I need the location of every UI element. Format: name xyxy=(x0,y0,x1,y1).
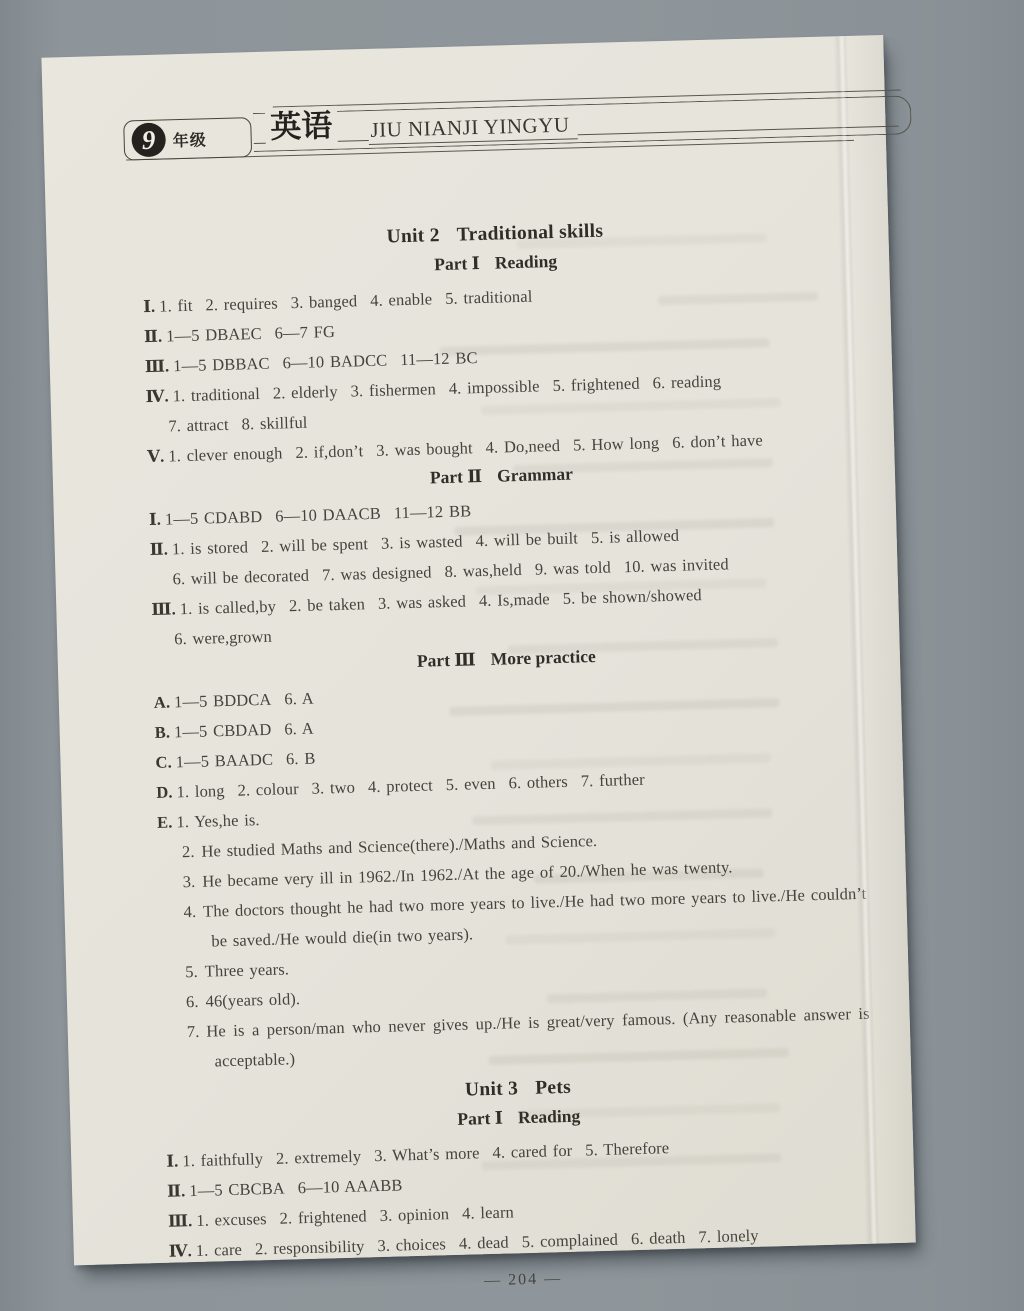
answer-text: Three years. xyxy=(205,959,290,980)
answer-item: 5. How long xyxy=(573,433,660,454)
answer-item: 4. Do,need xyxy=(485,436,560,457)
heading-number: Unit 2 xyxy=(386,225,440,247)
answer-text: He studied Maths and Science(there)./Mat… xyxy=(201,831,597,861)
answer-item: 4. will be built xyxy=(475,528,578,550)
answer-item: 6—10 AAABB xyxy=(298,1175,403,1197)
answer-item: 6. were,grown xyxy=(174,627,272,649)
subject-title: 英语 xyxy=(265,106,338,150)
answer-item: 1. long xyxy=(176,781,225,801)
answer-item: 1. traditional xyxy=(172,384,260,405)
page-number: — 204 — xyxy=(170,1262,877,1299)
heading-number: Part Ⅲ xyxy=(417,649,476,671)
section-label: D. xyxy=(156,782,173,801)
answer-item: 1—5 CDABD xyxy=(165,507,263,529)
answer-item: 5. be shown/showed xyxy=(562,585,702,608)
answer-content: Unit 2Traditional skillsPart ⅠReadingⅠ.1… xyxy=(141,204,877,1299)
answer-item: 3. was bought xyxy=(376,438,473,460)
answer-item: 2. be taken xyxy=(289,594,366,615)
answer-item: 3. is wasted xyxy=(381,532,463,553)
answer-item: 4. learn xyxy=(462,1202,514,1222)
answer-item: 2. extremely xyxy=(276,1147,362,1168)
answer-item: 1. faithfully xyxy=(182,1149,263,1170)
item-number: 6. xyxy=(186,992,199,1011)
heading-number: Unit 3 xyxy=(465,1078,519,1100)
answer-item: 7. further xyxy=(581,770,645,791)
answer-item: 3. fishermen xyxy=(350,379,436,400)
answer-item: 3. two xyxy=(311,778,355,798)
answer-item: 6. A xyxy=(284,719,314,739)
heading-number: Part Ⅱ xyxy=(430,466,483,487)
answer-item: 1—5 CBDAD xyxy=(174,720,272,742)
answer-item: 5. frightened xyxy=(552,374,640,395)
answer-item: 5. even xyxy=(446,774,496,794)
section-label: B. xyxy=(154,723,170,742)
reverse-side-bleed xyxy=(41,35,883,58)
answer-item: 2. will be spent xyxy=(261,534,368,556)
answer-item: 7. attract xyxy=(168,415,229,436)
section-label: C. xyxy=(155,753,172,772)
answer-item: 4. enable xyxy=(370,289,432,310)
answer-item: 7. was designed xyxy=(322,562,432,584)
section-label: A. xyxy=(154,693,171,712)
masthead-banner: 9 年级 英语 JIU NIANJI YINGYU xyxy=(123,94,856,168)
section-label: Ⅰ. xyxy=(143,297,156,316)
answer-item: 1—5 DBAEC xyxy=(166,324,262,346)
answer-item: 6. will be decorated xyxy=(172,566,309,589)
answer-item: 6—7 FG xyxy=(274,322,335,343)
answer-item: 1. Yes,he is. xyxy=(176,810,260,831)
answer-item: 2. elderly xyxy=(273,382,338,403)
item-number: 5. xyxy=(185,962,198,981)
answer-item: 1—5 CBCBA xyxy=(189,1179,285,1201)
answer-item: 4. Is,made xyxy=(479,589,550,610)
answer-item: 8. was,held xyxy=(444,560,522,581)
answer-item: 6—10 DAACB xyxy=(275,504,381,526)
answer-item: 2. responsibility xyxy=(255,1236,365,1258)
answer-item: 8. skillful xyxy=(241,413,307,434)
answer-text: He is a person/man who never gives up./H… xyxy=(206,1004,870,1071)
answer-item: 4. protect xyxy=(368,775,433,796)
item-number: 4. xyxy=(183,902,196,921)
section-label: Ⅱ. xyxy=(150,540,169,559)
section-label: Ⅲ. xyxy=(151,599,176,619)
answer-item: 1. care xyxy=(196,1240,243,1260)
answer-item: 1. is stored xyxy=(172,537,249,558)
answer-item: 4. dead xyxy=(459,1233,509,1253)
section-label: Ⅳ. xyxy=(168,1241,192,1261)
heading-number: Part Ⅰ xyxy=(457,1108,503,1129)
answer-item: 5. is allowed xyxy=(591,526,680,547)
heading-text: More practice xyxy=(490,646,596,669)
answer-item: 5. complained xyxy=(521,1230,618,1252)
item-number: 2. xyxy=(182,842,195,861)
answer-item: 4. cared for xyxy=(492,1141,572,1162)
answer-item: 3. was asked xyxy=(378,591,467,612)
section-label: Ⅴ. xyxy=(147,447,165,466)
answer-item: 2. if,don’t xyxy=(295,441,363,462)
section-label: Ⅰ. xyxy=(166,1151,179,1170)
answer-item: 5. Therefore xyxy=(585,1138,669,1159)
grade-label: 年级 xyxy=(172,127,207,151)
heading-text: Reading xyxy=(495,251,558,273)
answer-item: 6—10 BADCC xyxy=(282,351,387,373)
grade-number-circle: 9 xyxy=(131,122,166,157)
section-label: Ⅲ. xyxy=(145,356,170,376)
answer-item: 6. don’t have xyxy=(672,430,763,451)
answer-item: 6. reading xyxy=(652,372,721,393)
grade-number: 9 xyxy=(142,126,156,153)
answer-item: 9. was told xyxy=(535,558,612,579)
answer-item: 11—12 BC xyxy=(400,348,478,369)
answer-item: 5. traditional xyxy=(445,287,533,308)
heading-text: Traditional skills xyxy=(456,221,603,246)
answer-item: 7. lonely xyxy=(698,1226,759,1247)
answer-item: 10. was invited xyxy=(624,554,729,576)
heading-text: Reading xyxy=(518,1106,581,1128)
answer-item: 4. impossible xyxy=(449,376,540,397)
section-label: Ⅱ. xyxy=(144,327,163,346)
section-label: Ⅳ. xyxy=(145,386,169,406)
scanned-book-page: 9 年级 英语 JIU NIANJI YINGYU Unit 2Traditio… xyxy=(41,35,915,1265)
answer-item: 3. opinion xyxy=(379,1204,449,1225)
item-number: 7. xyxy=(187,1022,200,1041)
subject-romanized: JIU NIANJI YINGYU xyxy=(368,112,578,145)
answer-item: 6. death xyxy=(631,1228,686,1248)
grade-badge: 9 年级 xyxy=(123,117,252,160)
answer-item: 3. banged xyxy=(290,291,357,312)
answer-item: 1—5 BDDCA xyxy=(174,690,272,712)
answer-item: 2. colour xyxy=(237,779,299,800)
answer-item: 6. A xyxy=(284,689,314,709)
answer-item: 1—5 DBBAC xyxy=(173,354,270,376)
section-label: Ⅱ. xyxy=(167,1181,186,1200)
answer-item: 1. is called,by xyxy=(180,597,277,619)
answer-item: 2. requires xyxy=(205,293,278,314)
section-label: Ⅰ. xyxy=(149,510,162,529)
answer-item: 3. choices xyxy=(377,1234,446,1255)
heading-text: Grammar xyxy=(497,464,573,486)
item-number: 3. xyxy=(183,872,196,891)
section-label: Ⅲ. xyxy=(168,1211,193,1231)
section-label: E. xyxy=(157,813,173,832)
heading-number: Part Ⅰ xyxy=(434,253,480,274)
answer-item: 1. fit xyxy=(159,296,193,316)
answer-item: 6. others xyxy=(508,772,568,793)
answer-item: 3. What’s more xyxy=(374,1143,480,1165)
answer-item: 1—5 BAADC xyxy=(176,750,274,772)
answer-item: 1. excuses xyxy=(196,1209,267,1230)
answer-item: 1. clever enough xyxy=(168,443,283,465)
heading-text: Pets xyxy=(535,1077,571,1099)
answer-item: 6. B xyxy=(286,749,316,769)
answer-item: 2. frightened xyxy=(279,1206,367,1227)
answer-text: 46(years old). xyxy=(205,989,300,1011)
answer-item: 11—12 BB xyxy=(394,501,472,522)
